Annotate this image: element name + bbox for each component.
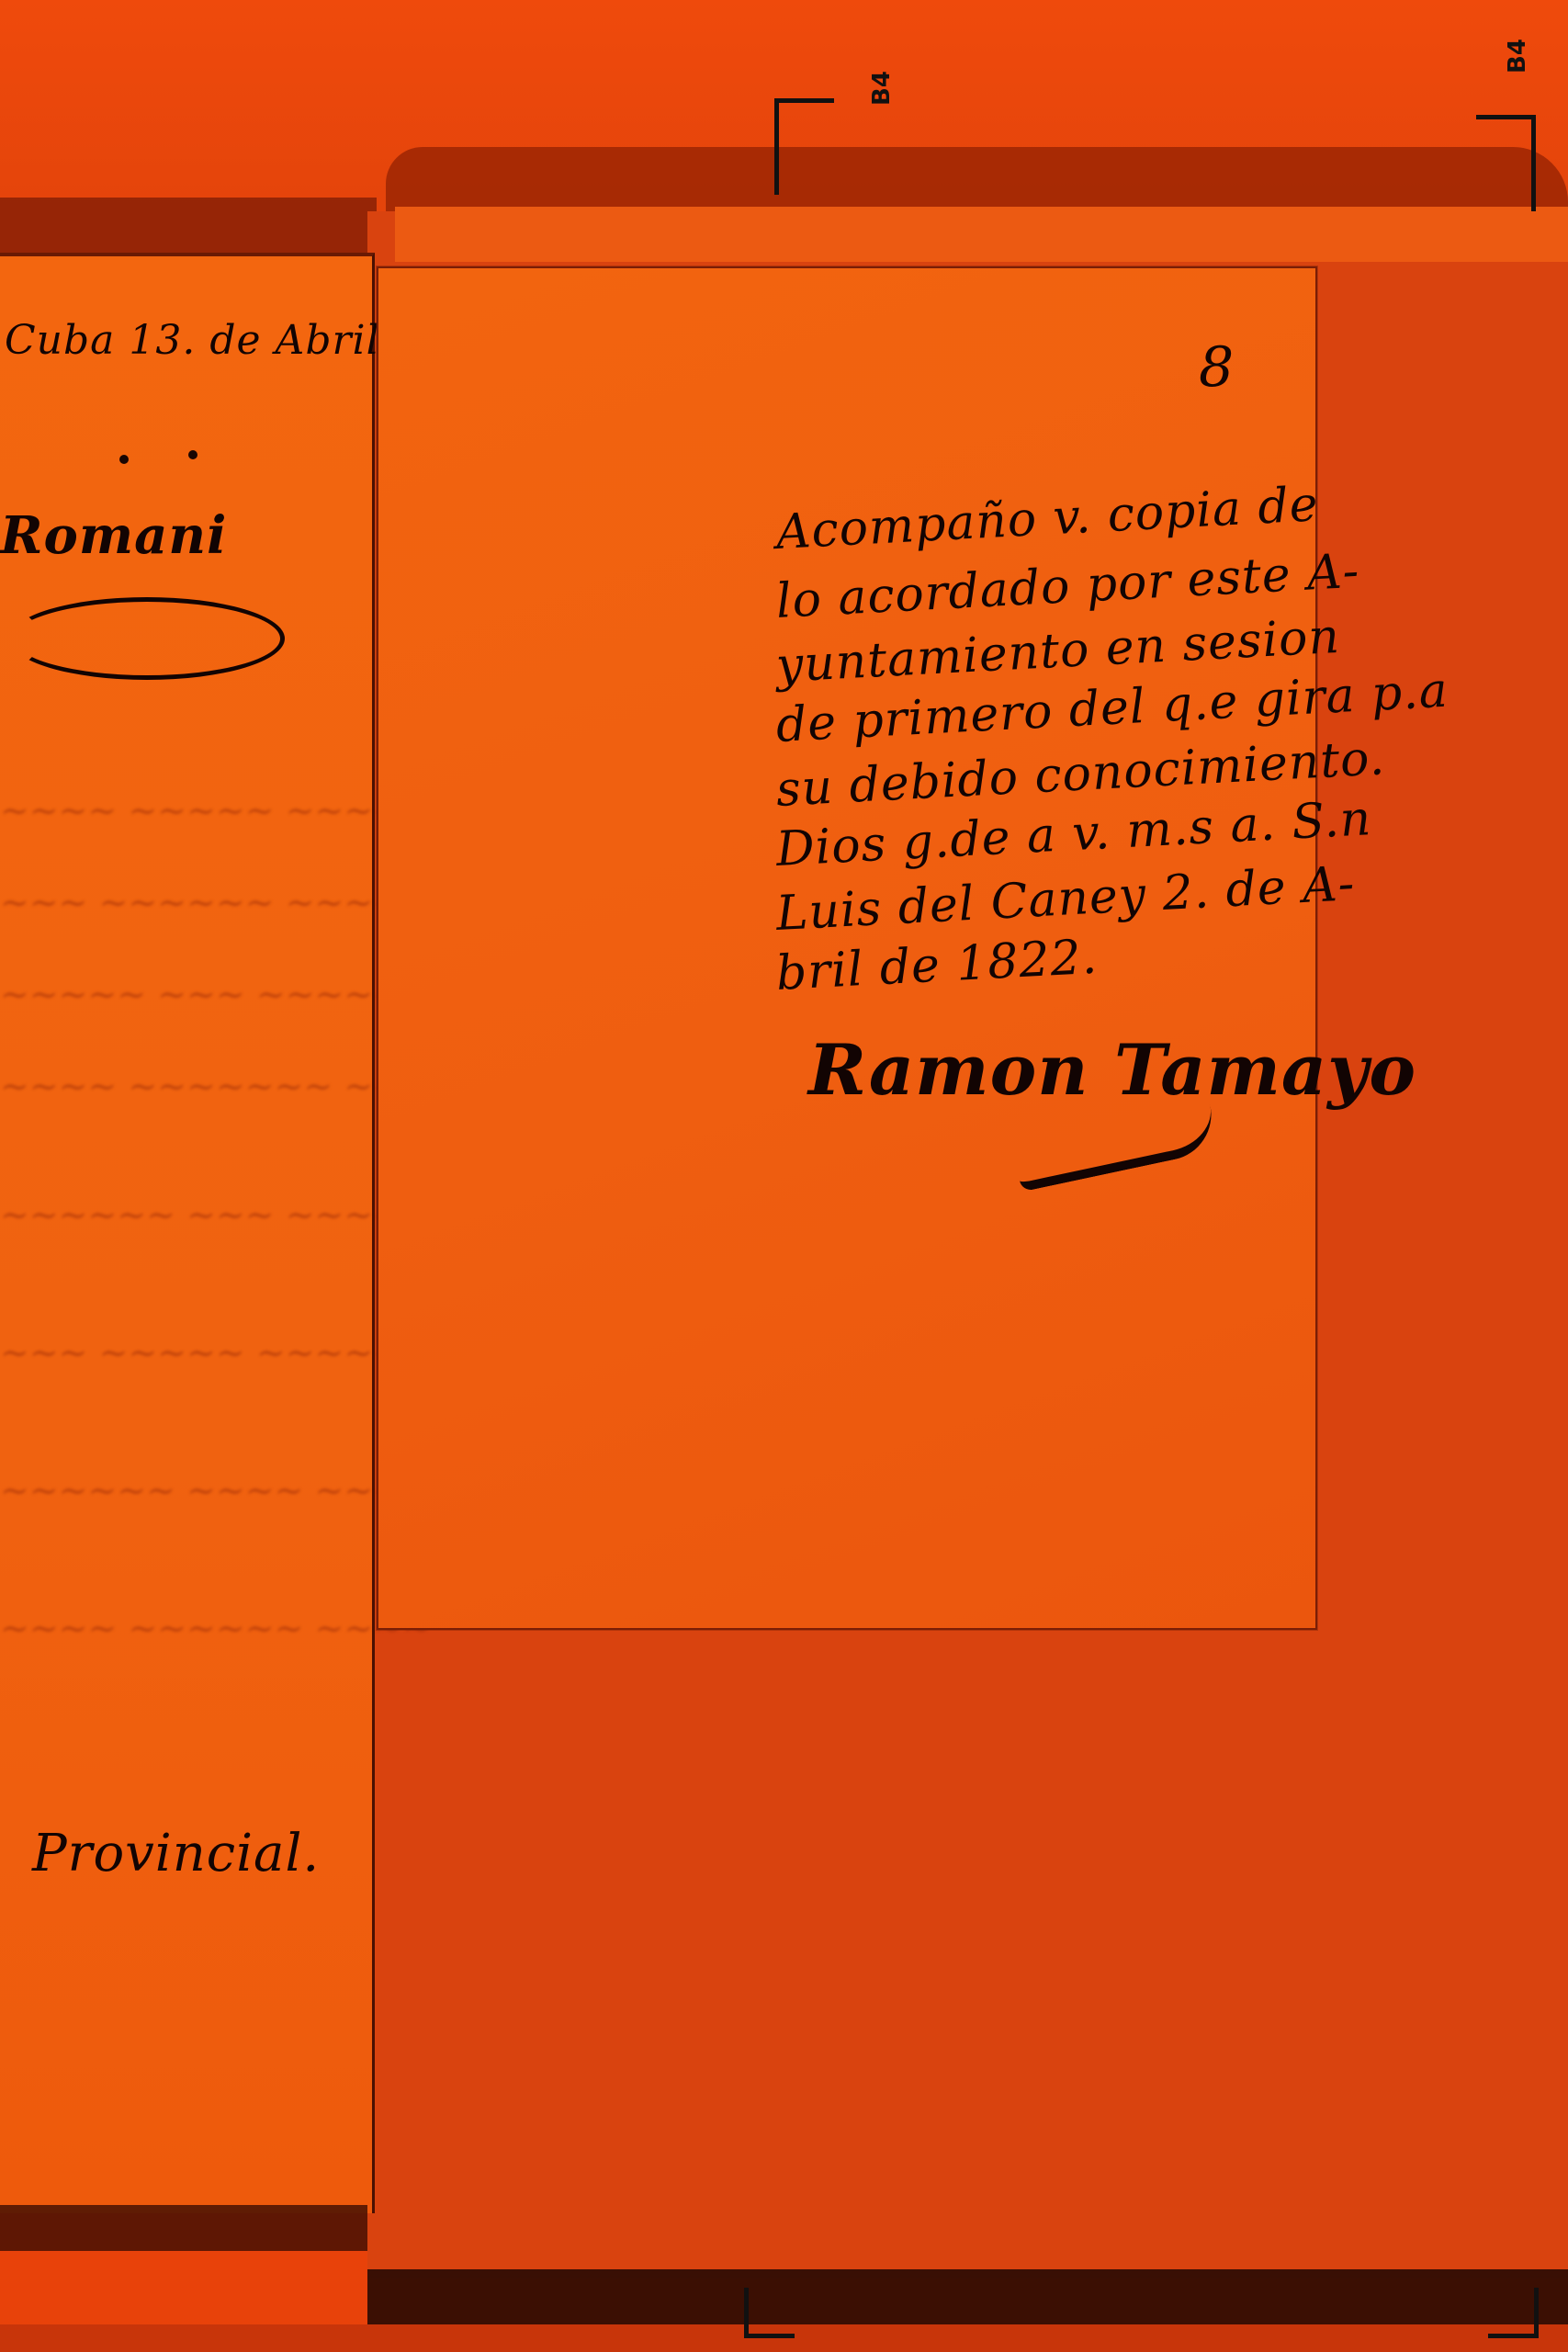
crop-marker-label: B4: [868, 71, 896, 106]
left-page-shadow: [0, 198, 377, 253]
ink-spot: [188, 450, 197, 459]
bleed-through-text: ~~~~ ~~~~~~ ~~~~: [0, 1608, 432, 1648]
page-number: 8: [1199, 335, 1235, 400]
left-page-signature: Romani: [0, 505, 227, 566]
folder-sheet-top-edge: [395, 207, 1568, 262]
signature: Ramon Tamayo: [808, 1029, 1416, 1111]
bleed-through-text: ~~~ ~~~~~ ~~~~~~: [0, 1332, 432, 1373]
signature-flourish: [9, 597, 285, 680]
left-page-bottom-shadow: [0, 2205, 367, 2251]
bleed-through-text: ~~~~~~ ~~~ ~~~~~: [0, 1194, 432, 1235]
bleed-through-text: ~~~~ ~~~~~ ~~~~: [0, 790, 402, 831]
folder-bottom-shadow: [367, 2269, 1568, 2324]
crop-marker-label: B4: [1504, 39, 1531, 73]
crop-marker-top-left: [774, 98, 834, 195]
crop-marker-top-right: [1476, 115, 1536, 211]
crop-marker-bottom-left: [744, 2288, 795, 2338]
left-page-footer: Provincial.: [32, 1824, 320, 1883]
left-page-header: Cuba 13. de Abril: [5, 317, 380, 364]
bleed-through-text: ~~~~~ ~~~ ~~~~~~: [0, 974, 432, 1014]
ink-spot: [119, 455, 129, 464]
bleed-through-text: ~~~~ ~~~~~~~ ~~~: [0, 1066, 432, 1106]
bleed-through-text: ~~~~~~ ~~~~ ~~~: [0, 1470, 402, 1510]
crop-marker-bottom-right: [1488, 2288, 1539, 2338]
page-edge-shadow: [386, 147, 1568, 211]
